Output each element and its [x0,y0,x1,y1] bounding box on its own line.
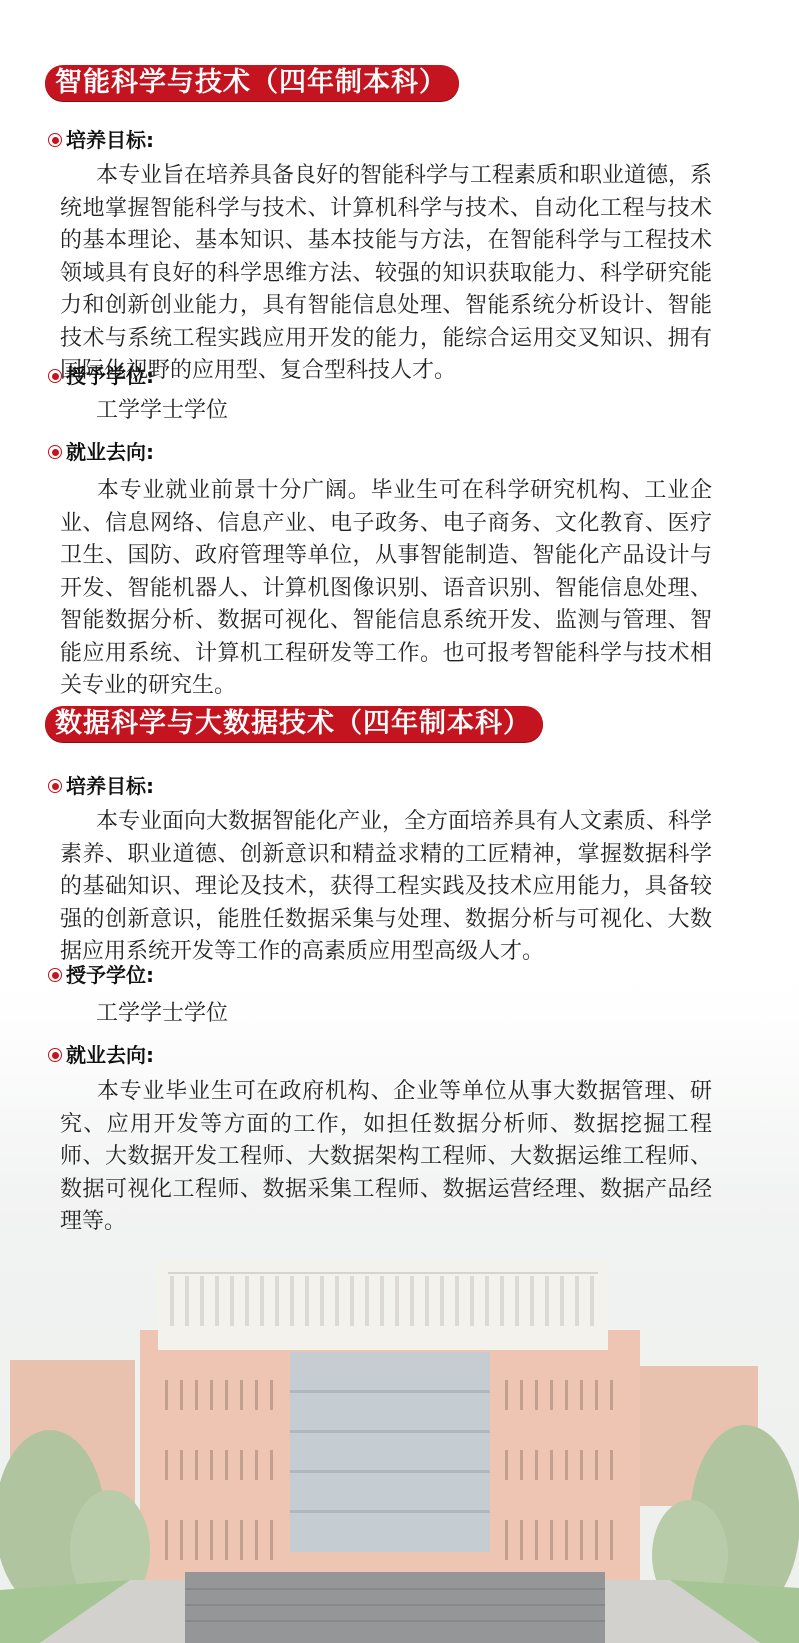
circled-dot-icon [48,968,62,982]
goal-paragraph: 本专业旨在培养具备良好的智能科学与工程素质和职业道德，系统地掌握智能科学与技术、… [60,160,712,388]
degree-text: 工学学士学位 [96,397,228,425]
circled-dot-icon [48,133,62,147]
section-heading-label: 就业去向: [66,439,154,465]
goal-text: 本专业旨在培养具备良好的智能科学与工程素质和职业道德，系统地掌握智能科学与技术、… [60,163,712,383]
section-heading-degree: 授予学位: [48,962,154,988]
section-heading-label: 授予学位: [66,363,154,389]
section-heading-career: 就业去向: [48,1042,154,1068]
career-paragraph: 本专业毕业生可在政府机构、企业等单位从事大数据管理、研究、应用开发等方面的工作，… [60,1076,712,1239]
circled-dot-icon [48,1048,62,1062]
major-title-banner: 智能科学与技术（四年制本科） [45,65,459,101]
degree-text: 工学学士学位 [96,1000,228,1028]
circled-dot-icon [48,369,62,383]
career-paragraph: 本专业就业前景十分广阔。毕业生可在科学研究机构、工业企业、信息网络、信息产业、电… [60,475,712,703]
section-heading-label: 培养目标: [66,773,154,799]
career-text: 本专业毕业生可在政府机构、企业等单位从事大数据管理、研究、应用开发等方面的工作，… [60,1079,712,1234]
goal-text: 本专业面向大数据智能化产业，全方面培养具有人文素质、科学素养、职业道德、创新意识… [60,809,712,964]
circled-dot-icon [48,779,62,793]
section-heading-career: 就业去向: [48,439,154,465]
career-text: 本专业就业前景十分广阔。毕业生可在科学研究机构、工业企业、信息网络、信息产业、电… [60,478,712,698]
section-heading-degree: 授予学位: [48,363,154,389]
section-heading-label: 就业去向: [66,1042,154,1068]
circled-dot-icon [48,445,62,459]
goal-paragraph: 本专业面向大数据智能化产业，全方面培养具有人文素质、科学素养、职业道德、创新意识… [60,806,712,969]
major-title-banner: 数据科学与大数据技术（四年制本科） [45,706,543,742]
section-heading-goal: 培养目标: [48,127,154,153]
section-heading-label: 授予学位: [66,962,154,988]
section-heading-label: 培养目标: [66,127,154,153]
section-heading-goal: 培养目标: [48,773,154,799]
